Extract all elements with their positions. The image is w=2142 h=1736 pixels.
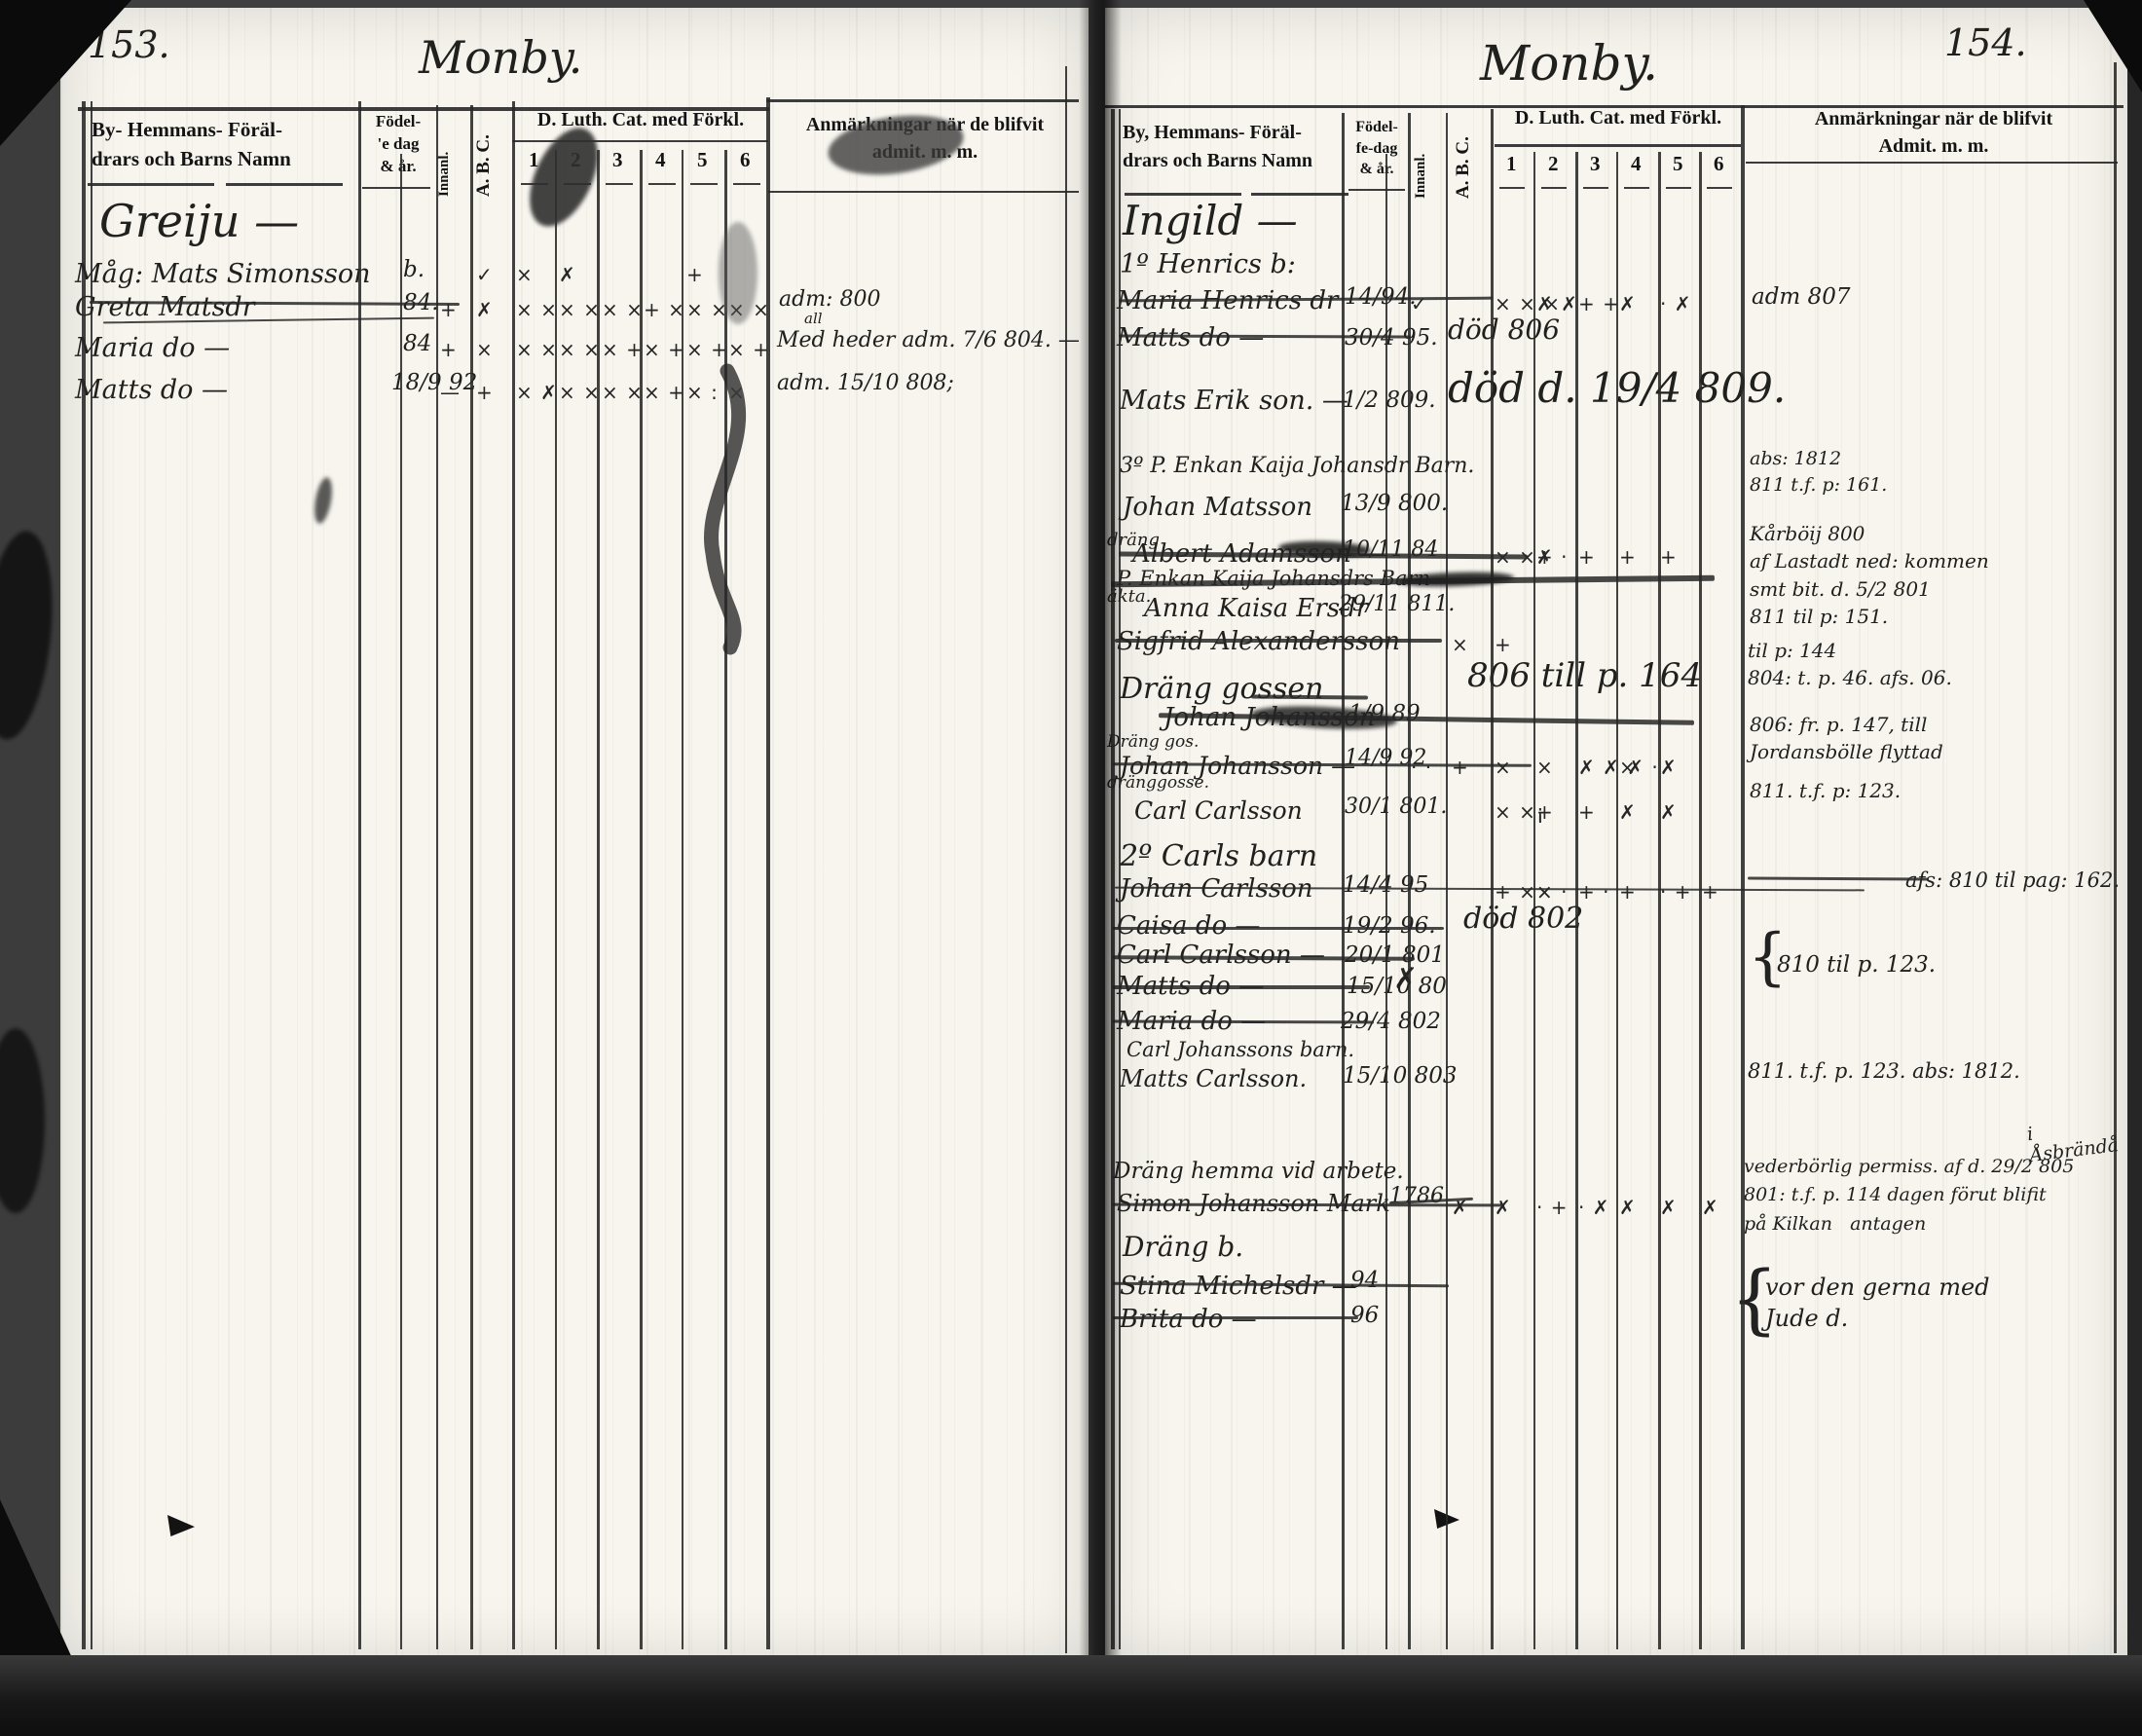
catechism-mark: × xyxy=(1452,633,1469,656)
catechism-grade-number: 3 xyxy=(612,148,623,172)
catechism-mark: + xyxy=(1536,800,1554,824)
table-rule xyxy=(1125,193,1241,196)
column-rule xyxy=(436,105,438,1649)
farm-name: Ingild — xyxy=(1123,197,1298,244)
page-number: 154. xyxy=(1944,21,2027,64)
binding-shadow xyxy=(1079,0,1122,1660)
table-rule xyxy=(1666,187,1691,189)
table-rule xyxy=(768,191,1079,193)
table-rule xyxy=(733,183,760,185)
column-rule xyxy=(1491,109,1494,1649)
column-header-notes: Anmärkningar när de blifvit Admit. m. m. xyxy=(1748,105,2120,160)
strike-line xyxy=(1115,639,1442,643)
catechism-mark: ✗ xyxy=(1495,1196,1512,1219)
catechism-mark: × + xyxy=(686,338,728,361)
catechism-mark: — xyxy=(440,381,461,404)
catechism-mark: × × xyxy=(602,381,644,404)
table-rule xyxy=(226,183,343,186)
column-header-catechism: D. Luth. Cat. med Förkl. xyxy=(1495,107,1742,129)
catechism-mark: × xyxy=(476,338,494,361)
catechism-grade-number: 5 xyxy=(697,148,708,172)
column-rule xyxy=(512,101,515,1649)
ink-blot xyxy=(312,476,335,525)
catechism-mark: × × xyxy=(559,298,601,321)
note-annotation: adm. 15/10 808; xyxy=(777,371,954,395)
column-rule xyxy=(1408,113,1411,1649)
left-page: 153. Monby. By- Hemmans- Föräl- drars oc… xyxy=(60,8,1089,1660)
person-name: Johan Matsson xyxy=(1123,493,1312,522)
catechism-mark: + xyxy=(1619,545,1637,569)
table-rule xyxy=(78,107,769,111)
birth-date: 30/1 801. xyxy=(1345,794,1447,819)
note-annotation: til p: 144 804: t. p. 46. afs. 06. xyxy=(1748,637,1952,691)
catechism-mark: × + xyxy=(644,338,685,361)
catechism-mark: × × xyxy=(602,298,644,321)
script-annotation: död 802 xyxy=(1463,902,1583,936)
catechism-mark: + xyxy=(1702,880,1719,904)
catechism-mark: ✗ xyxy=(476,298,494,321)
strike-line xyxy=(1113,1316,1358,1319)
note-annotation: adm: 800 xyxy=(779,287,880,312)
catechism-mark: + xyxy=(476,381,494,404)
catechism-mark: × + xyxy=(602,338,644,361)
catechism-mark: ✗ xyxy=(1619,1196,1637,1219)
table-rule xyxy=(88,183,214,186)
table-rule xyxy=(1746,162,2118,164)
table-rule xyxy=(690,183,718,185)
column-rule xyxy=(1658,152,1661,1649)
catechism-mark: × × xyxy=(559,381,601,404)
column-rule xyxy=(470,105,473,1649)
column-rule xyxy=(1616,152,1618,1649)
birth-date: 96 xyxy=(1350,1303,1379,1328)
table-rule xyxy=(1583,187,1608,189)
catechism-mark: + xyxy=(1452,756,1469,779)
column-rule xyxy=(1699,152,1702,1649)
note-annotation: vederbörlig permiss. af d. 29/2 805 801:… xyxy=(1744,1153,2074,1238)
note-annotation: 806: fr. p. 147, till Jordansbölle flytt… xyxy=(1750,711,1943,765)
catechism-mark: × xyxy=(1495,756,1512,779)
person-role-label: Dräng gossen xyxy=(1120,672,1323,706)
household-heading: 3º P. Enkan Kaija Johansdr Barn. xyxy=(1120,454,1474,478)
person-name: Matts do — xyxy=(75,375,228,405)
catechism-mark: ✗ xyxy=(1660,800,1678,824)
table-rule xyxy=(606,183,633,185)
note-superscript: all xyxy=(804,310,823,327)
catechism-grade-number: 3 xyxy=(1590,152,1601,176)
catechism-grade-number: 6 xyxy=(1714,152,1724,176)
table-rule xyxy=(766,99,1079,102)
person-name: Anna Kaisa Ersdr xyxy=(1144,594,1368,623)
birth-date: 94 xyxy=(1350,1268,1379,1293)
catechism-mark: ✗ ✗ xyxy=(1536,292,1578,315)
catechism-mark: · · xyxy=(1411,756,1432,779)
note-annotation: 810 til p. 123. xyxy=(1777,952,1936,978)
household-heading: 2º Carls barn xyxy=(1120,839,1317,873)
catechism-grade-number: 5 xyxy=(1673,152,1683,176)
column-rule xyxy=(1446,113,1448,1649)
note-annotation: 811. t.f. p: 123. xyxy=(1750,779,1901,802)
catechism-mark: × ✗ xyxy=(516,381,558,404)
column-rule xyxy=(1533,152,1535,1649)
script-annotation: 806 till p. 164 xyxy=(1467,656,1702,695)
catechism-mark: × × xyxy=(516,338,558,361)
table-rule xyxy=(512,140,768,142)
catechism-mark: + xyxy=(1578,545,1596,569)
column-header-names-line2: drars och Barns Namn xyxy=(92,144,366,173)
table-rule xyxy=(1499,187,1525,189)
catechism-mark: × · xyxy=(1536,880,1568,904)
catechism-mark: + xyxy=(440,338,458,361)
catechism-mark: ✗ xyxy=(1660,1196,1678,1219)
column-rule xyxy=(400,154,402,1649)
column-header-names-line1: By- Hemmans- Föräl- xyxy=(92,115,366,144)
person-name: Måg: Mats Simonsson xyxy=(75,259,370,289)
catechism-mark: ✓ xyxy=(1411,292,1428,315)
person-name: Mats Erik son. — xyxy=(1120,386,1348,416)
note-annotation: adm 807 xyxy=(1752,284,1850,310)
strike-line xyxy=(1113,927,1444,930)
catechism-grade-number: 1 xyxy=(1506,152,1517,176)
catechism-mark: ✗ xyxy=(1702,1196,1719,1219)
column-rule xyxy=(1741,105,1745,1649)
table-rule xyxy=(1348,189,1405,191)
table-rule xyxy=(362,187,430,189)
catechism-mark: + + xyxy=(1578,292,1620,315)
person-name: Greta Matsdr xyxy=(75,292,255,322)
catechism-mark: · ✗ xyxy=(1578,1196,1609,1219)
catechism-mark: ✗ xyxy=(559,263,576,286)
column-rule xyxy=(1342,113,1345,1649)
catechism-mark: ✓ xyxy=(476,263,494,286)
column-header-abc: A. B. C. xyxy=(473,107,495,197)
table-rule xyxy=(648,183,676,185)
person-role-label: Dräng hemma vid arbete. xyxy=(1113,1159,1404,1184)
catechism-mark: · + xyxy=(1660,880,1691,904)
note-annotation: afs: 810 til pag: 162. xyxy=(1905,868,2120,892)
catechism-mark: × × xyxy=(516,298,558,321)
catechism-mark: × xyxy=(1536,756,1554,779)
column-header-birth: Födel- fe-dag & år. xyxy=(1345,117,1409,180)
person-name: Caisa do — xyxy=(1117,911,1260,941)
note-annotation: vor den gerna med Jude d. xyxy=(1765,1272,1990,1335)
catechism-mark: ✗ xyxy=(1660,756,1678,779)
scanner-bed-bottom xyxy=(0,1655,2142,1736)
column-rule xyxy=(597,150,600,1649)
page-title: Monby. xyxy=(1480,35,1658,92)
strike-line xyxy=(1113,985,1370,989)
birth-date: 13/9 800. xyxy=(1341,491,1448,516)
column-header-abc: A. B. C. xyxy=(1453,109,1474,199)
catechism-grade-number: 4 xyxy=(655,148,666,172)
column-rule xyxy=(555,150,557,1649)
household-heading: 1º Henrics b: xyxy=(1120,249,1296,279)
column-header-names: By- Hemmans- Föräl- drars och Barns Namn xyxy=(92,115,366,174)
catechism-mark: + · xyxy=(1578,880,1609,904)
column-rule xyxy=(358,101,361,1649)
catechism-mark: + xyxy=(440,298,458,321)
column-rule xyxy=(2114,62,2117,1653)
birth-date: 15/10 803 xyxy=(1343,1063,1458,1089)
catechism-mark: × × xyxy=(559,338,601,361)
script-annotation: död 806 xyxy=(1448,314,1560,346)
note-annotation: Med heder adm. 7/6 804. — xyxy=(777,328,1080,352)
person-role-label: dränggosse. xyxy=(1107,773,1209,793)
ink-blot xyxy=(719,222,757,324)
household-heading: Carl Johanssons barn. xyxy=(1126,1038,1354,1061)
table-rule xyxy=(1707,187,1732,189)
column-header-names-line1: By, Hemmans- Föräl- xyxy=(1123,119,1348,147)
birth-date: 19/2 96. xyxy=(1343,913,1436,939)
margin-strip-left xyxy=(0,0,60,1660)
column-rule xyxy=(766,97,770,1649)
column-rule xyxy=(82,101,86,1649)
note-annotation: Kårböij 800 af Lastadt ned: kommen smt b… xyxy=(1750,520,1989,631)
farm-name: Greiju — xyxy=(99,195,299,247)
margin-strip-right xyxy=(2127,0,2142,1660)
birth-date: b. xyxy=(403,257,425,282)
person-name: Maria do — xyxy=(75,333,230,363)
catechism-mark: · ✗ xyxy=(1660,292,1691,315)
catechism-mark: + xyxy=(1578,800,1596,824)
catechism-grade-number: 6 xyxy=(740,148,751,172)
scanned-parish-register-spread: 153. Monby. By- Hemmans- Föräl- drars oc… xyxy=(0,0,2142,1736)
catechism-mark: + × xyxy=(644,298,685,321)
column-header-reading: Innanl. xyxy=(436,113,453,197)
column-rule xyxy=(91,101,92,1649)
catechism-mark: × + xyxy=(728,338,770,361)
column-rule xyxy=(682,150,683,1649)
arrow-mark xyxy=(167,1515,195,1536)
column-header-reading: Innanl. xyxy=(1413,117,1429,199)
table-rule xyxy=(1624,187,1649,189)
table-rule xyxy=(1495,144,1741,147)
catechism-mark: ✗ xyxy=(1619,800,1637,824)
table-rule xyxy=(1541,187,1567,189)
person-name: Carl Carlsson xyxy=(1134,796,1303,825)
person-role-label: Dräng b. xyxy=(1123,1231,1243,1263)
column-header-notes-line1: Anmärkningar när de blifvit xyxy=(1748,105,2120,132)
column-rule xyxy=(1385,154,1387,1649)
column-rule xyxy=(640,150,643,1649)
column-header-birth: Födel- 'e dag & år. xyxy=(360,111,436,178)
birth-date: 84 xyxy=(403,331,431,356)
person-name: Matts Carlsson. xyxy=(1120,1065,1307,1092)
person-name: Brita do — xyxy=(1120,1305,1257,1334)
page-title: Monby. xyxy=(419,31,582,84)
column-header-names-line2: drars och Barns Namn xyxy=(1123,147,1348,175)
catechism-mark: × xyxy=(1619,756,1637,779)
person-name: Matts do — xyxy=(1117,323,1264,352)
column-rule xyxy=(724,150,727,1649)
catechism-mark: × xyxy=(516,263,534,286)
catechism-grade-number: 2 xyxy=(1548,152,1559,176)
catechism-mark: + xyxy=(1619,880,1637,904)
catechism-mark: + xyxy=(1495,633,1512,656)
right-page: 154. Monby. By, Hemmans- Föräl- drars oc… xyxy=(1105,8,2127,1660)
table-rule xyxy=(1251,193,1348,196)
note-annotation: abs: 1812 811 t.f. p: 161. xyxy=(1750,446,1887,498)
table-rule xyxy=(1105,105,2124,108)
catechism-mark: + xyxy=(1660,545,1678,569)
note-annotation: 811. t.f. p. 123. abs: 1812. xyxy=(1748,1059,2020,1083)
column-rule xyxy=(1575,152,1578,1649)
birth-date: 18/9 92 xyxy=(391,370,477,395)
catechism-mark: · + xyxy=(1536,1196,1568,1219)
column-header-names: By, Hemmans- Föräl- drars och Barns Namn xyxy=(1123,119,1348,175)
strike-line xyxy=(1748,877,1928,881)
catechism-mark: + xyxy=(686,263,704,286)
birth-date: 1/2 809. xyxy=(1343,388,1436,413)
column-header-catechism: D. Luth. Cat. med Förkl. xyxy=(514,109,767,131)
ink-blot xyxy=(645,363,771,655)
column-rule xyxy=(1065,66,1067,1653)
catechism-grade-number: 4 xyxy=(1631,152,1642,176)
catechism-mark: ✗ xyxy=(1619,292,1637,315)
catechism-mark: + · xyxy=(1536,545,1568,569)
birth-date: 29/11 811. xyxy=(1339,592,1455,616)
column-header-notes-line2: Admit. m. m. xyxy=(1748,132,2120,160)
